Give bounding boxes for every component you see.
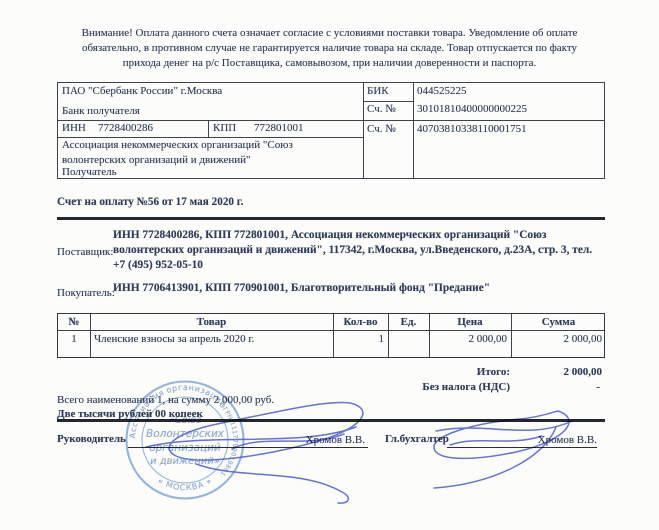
buyer-label: Покупатель: [57,287,115,299]
stamp-center-line4: и движений» [150,456,220,467]
account-value: 40703810338110001751 [417,123,527,135]
bank-name-label: Банк получателя [62,105,140,117]
total-label: Итого: [360,366,510,378]
col-header-price: Цена [429,316,511,328]
bank-name: ПАО "Сбербанк России" г.Москва [62,85,222,97]
col-header-name: Товар [90,316,333,328]
corr-account-value: 30101810400000000225 [417,103,527,115]
accountant-name: Хромов В.В. [487,434,597,446]
col-header-sum: Сумма [511,316,606,328]
bik-label: БИК [367,85,389,97]
accountant-signature-line [447,447,597,448]
stamp-ring-bottom-text: « МОСКВА » [156,476,213,492]
bank-table-divider-kpp [208,120,209,137]
items-table: № Товар Кол-во Ед. Цена Сумма 1 Членские… [57,313,605,358]
inn-label: ИНН [62,122,86,134]
col-header-qty: Кол-во [333,316,388,328]
director-signature-line [128,447,368,448]
accountant-label: Гл.бухгалтер [385,433,449,445]
bik-value: 044525225 [417,85,467,97]
svg-text:ОГРН 1117799019861: ОГРН 1117799019861 [218,402,239,478]
payment-warning-line2: обязательно, в противном случае не гаран… [30,41,629,56]
item-row-name: Членские взносы за апрель 2020 г. [94,333,254,345]
items-header-line [58,330,604,331]
items-summary: Всего наименований 1, на сумму 2 000,00 … [57,394,274,406]
supplier-details: ИНН 7728400286, КПП 772801001, Ассоциаци… [113,228,607,273]
bank-table-hline-full [58,120,604,121]
item-row-num: 1 [58,333,90,345]
item-row-qty: 1 [333,333,384,345]
svg-text:« МОСКВА »: « МОСКВА » [156,476,213,492]
payment-warning-line1: Внимание! Оплата данного счета означает … [30,26,629,41]
total-value: 2 000,00 [510,366,602,378]
stamp-center-line2: Волонтерских [146,428,225,440]
corr-account-label: Сч. № [367,103,396,115]
recipient-name: Ассоциация некоммерческих организаций "С… [62,138,359,167]
tax-label: Без налога (НДС) [360,381,510,393]
payment-warning-line3: прихода денег на р/с Поставщика, самовыв… [30,56,629,71]
kpp-value: 772801001 [254,122,304,134]
kpp-label: КПП [213,122,236,134]
bank-table-divider-middle [363,83,364,178]
tax-value: - [510,381,600,393]
recipient-label: Получатель [62,166,117,178]
title-separator-line [57,217,605,220]
buyer-details: ИНН 7706413901, КПП 770901001, Благотвор… [113,282,607,294]
account-label: Сч. № [367,123,396,135]
col-header-unit: Ед. [388,316,429,328]
item-row-price: 2 000,00 [429,333,507,345]
bank-requisites-table: ПАО "Сбербанк России" г.Москва Банк полу… [57,82,605,179]
inn-value: 7728400286 [98,122,153,134]
director-label: Руководитель [57,433,126,445]
stamp-center-text: «Союз Волонтерских организаций и движени… [146,415,225,467]
footer-separator-line [57,419,605,422]
supplier-label: Поставщик: [57,246,113,258]
invoice-title: Счет на оплату №56 от 17 мая 2020 г. [57,196,243,208]
col-header-num: № [58,316,90,328]
accountant-handwritten-signature [434,411,572,488]
invoice-document: Внимание! Оплата данного счета означает … [0,0,659,530]
bank-table-hline-bik [363,101,413,102]
director-name: Хромов В.В. [255,434,365,446]
item-row-sum: 2 000,00 [511,333,602,345]
bank-table-divider-labels [413,83,414,178]
stamp-ring-right-text: ОГРН 1117799019861 [218,402,239,478]
